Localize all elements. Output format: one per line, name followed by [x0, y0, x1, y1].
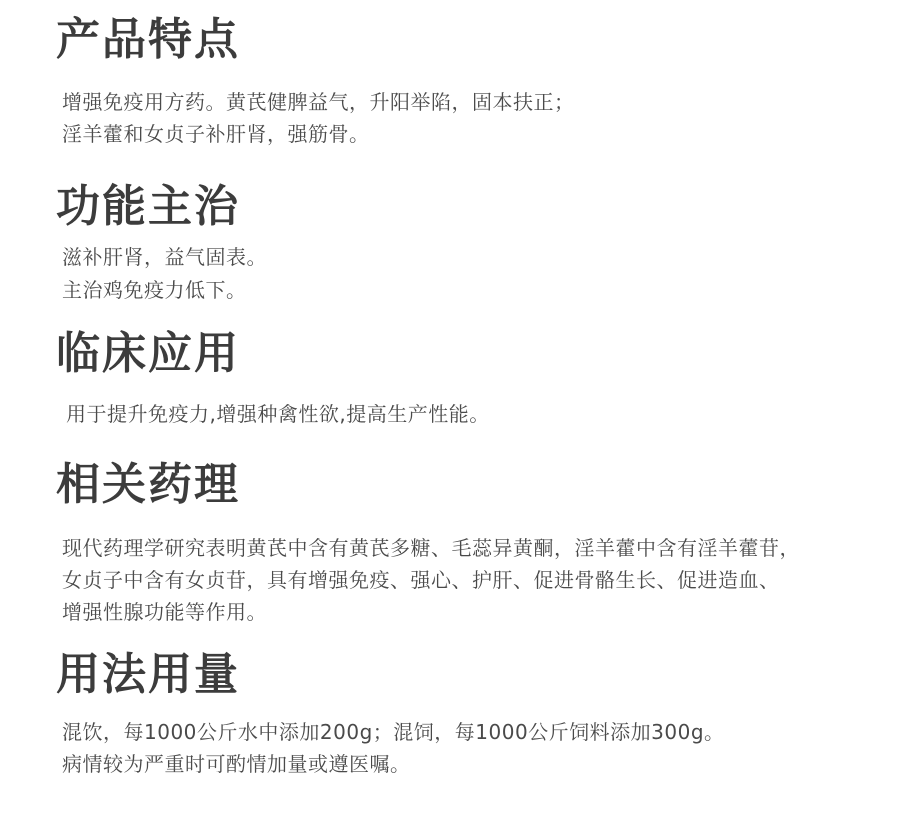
section-body-clinical-application: 用于提升免疫力,增强种禽性欲,提高生产性能。	[66, 398, 490, 430]
body-line: 混饮，每1000公斤水中添加200g；混饲，每1000公斤饲料添加300g。	[62, 716, 725, 748]
body-line: 用于提升免疫力,增强种禽性欲,提高生产性能。	[66, 398, 490, 430]
section-title-usage-dosage: 用法用量	[56, 649, 240, 701]
body-line: 滋补肝肾，益气固表。	[62, 241, 267, 274]
section-title-functions-indications: 功能主治	[56, 181, 240, 233]
section-body-usage-dosage: 混饮，每1000公斤水中添加200g；混饲，每1000公斤饲料添加300g。 病…	[62, 716, 725, 780]
section-title-related-pharmacology: 相关药理	[56, 459, 240, 511]
section-title-product-features: 产品特点	[56, 14, 240, 66]
body-line: 增强性腺功能等作用。	[62, 596, 800, 628]
body-line: 淫羊藿和女贞子补肝肾，强筋骨。	[62, 118, 575, 150]
body-line: 女贞子中含有女贞苷，具有增强免疫、强心、护肝、促进骨骼生长、促进造血、	[62, 564, 800, 596]
section-body-related-pharmacology: 现代药理学研究表明黄芪中含有黄芪多糖、毛蕊异黄酮，淫羊藿中含有淫羊藿苷， 女贞子…	[62, 532, 800, 628]
body-line: 主治鸡免疫力低下。	[62, 274, 267, 307]
body-line: 增强免疫用方药。黄芪健脾益气，升阳举陷，固本扶正；	[62, 86, 575, 118]
section-body-functions-indications: 滋补肝肾，益气固表。 主治鸡免疫力低下。	[62, 241, 267, 307]
product-description-page: 产品特点 增强免疫用方药。黄芪健脾益气，升阳举陷，固本扶正； 淫羊藿和女贞子补肝…	[0, 0, 899, 817]
section-body-product-features: 增强免疫用方药。黄芪健脾益气，升阳举陷，固本扶正； 淫羊藿和女贞子补肝肾，强筋骨…	[62, 86, 575, 150]
body-line: 现代药理学研究表明黄芪中含有黄芪多糖、毛蕊异黄酮，淫羊藿中含有淫羊藿苷，	[62, 532, 800, 564]
body-line: 病情较为严重时可酌情加量或遵医嘱。	[62, 748, 725, 780]
section-title-clinical-application: 临床应用	[56, 328, 240, 380]
